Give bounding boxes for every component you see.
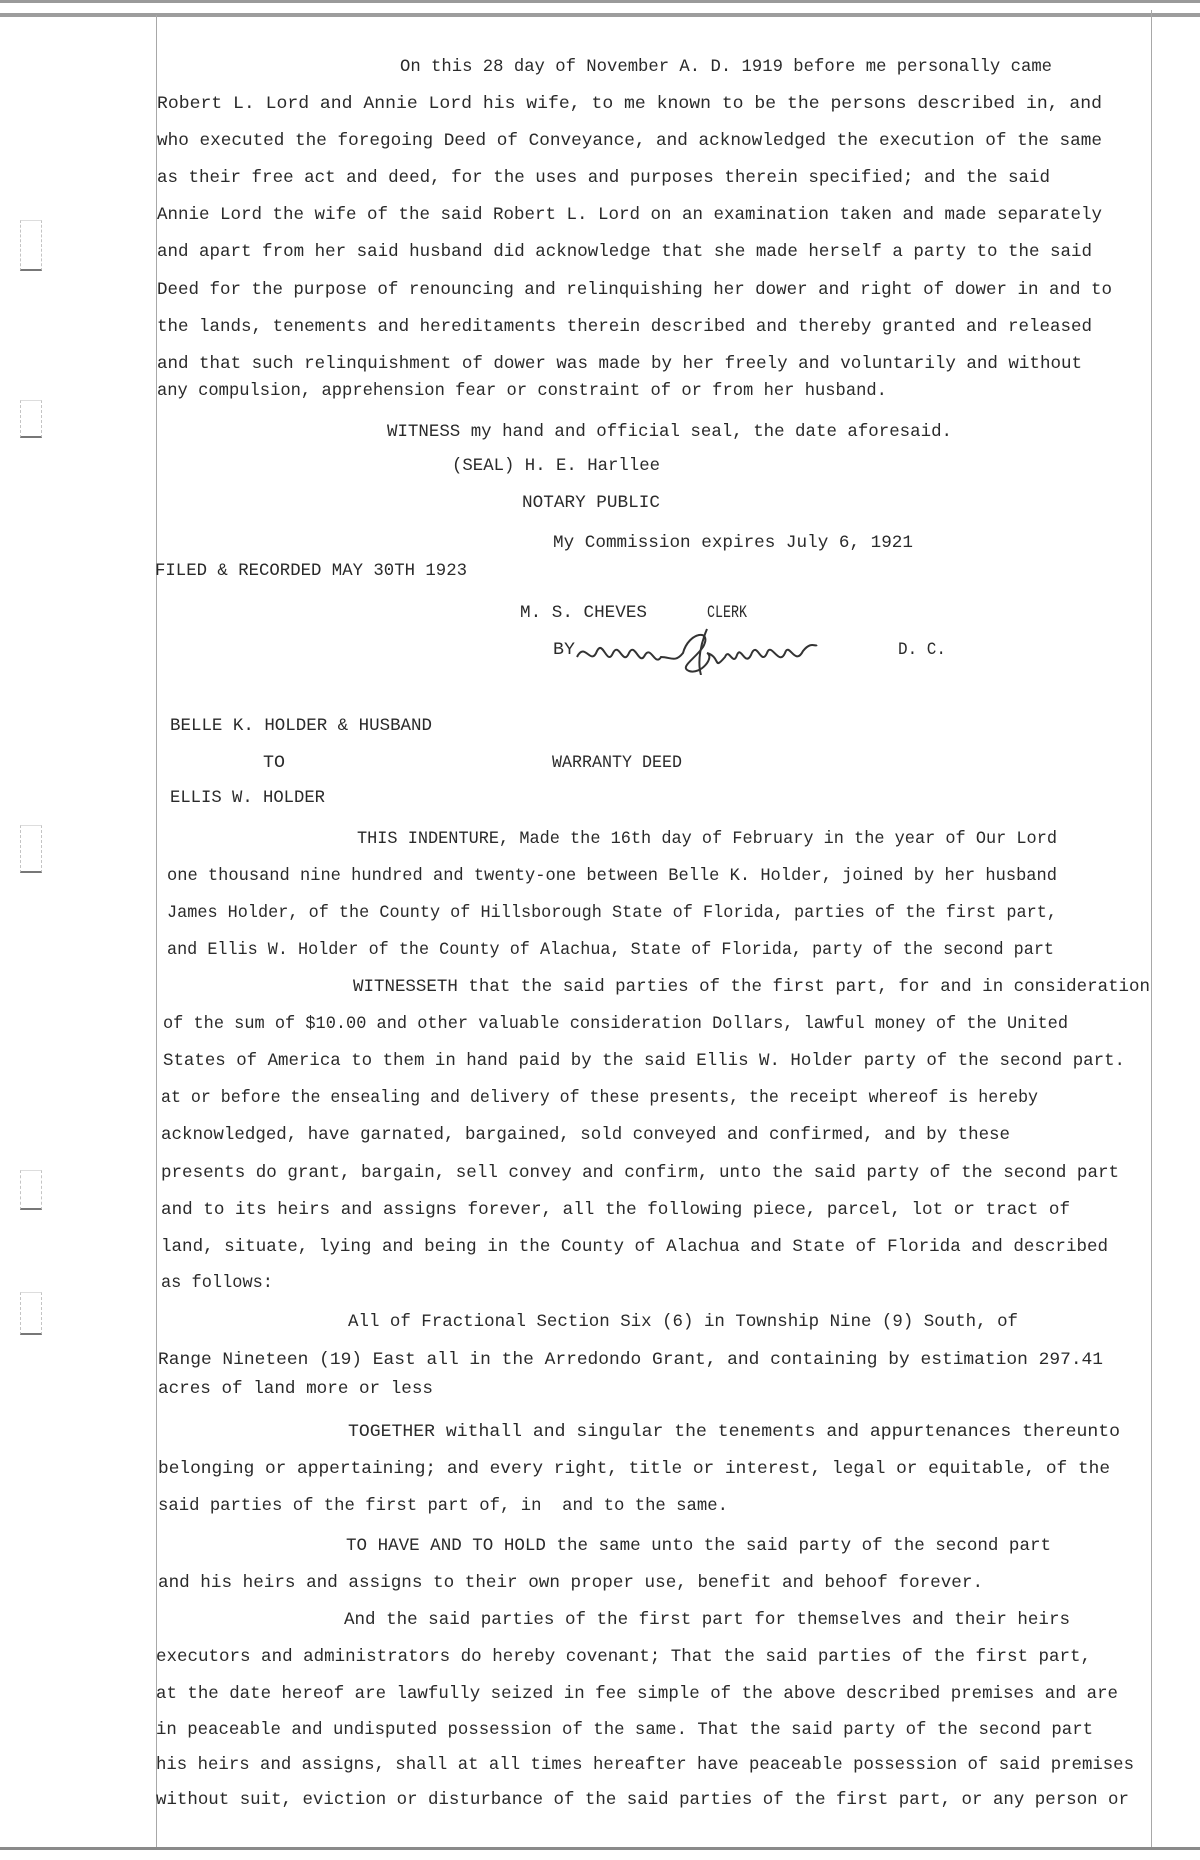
top-border-line: [0, 0, 1200, 3]
text-line-l26: of the sum of $10.00 and other valuable …: [163, 1014, 1068, 1034]
signature-icon: [575, 627, 820, 675]
margin-bracket-mark: [20, 825, 42, 873]
text-line-l2: Robert L. Lord and Annie Lord his wife, …: [157, 94, 1102, 114]
text-line-l25: WITNESSETH that the said parties of the …: [353, 977, 1150, 997]
text-line-l19b: WARRANTY DEED: [552, 753, 682, 773]
text-line-l9: and that such relinquishment of dower wa…: [157, 354, 1082, 374]
margin-bracket-mark: [20, 220, 42, 271]
text-line-l36: acres of land more or less: [158, 1379, 433, 1399]
text-line-l16: M. S. CHEVES: [520, 603, 647, 623]
text-line-l31: and to its heirs and assigns forever, al…: [161, 1200, 1070, 1220]
margin-bracket-mark: [20, 1170, 42, 1210]
text-line-l29: acknowledged, have garnated, bargained, …: [161, 1125, 1010, 1145]
text-line-l27: States of America to them in hand paid b…: [163, 1051, 1125, 1071]
top-border-line-inner: [0, 13, 1200, 17]
text-line-l40: TO HAVE AND TO HOLD the same unto the sa…: [346, 1536, 1051, 1556]
text-line-l20: ELLIS W. HOLDER: [170, 788, 325, 808]
bottom-border-line: [0, 1847, 1200, 1850]
text-line-l47: without suit, eviction or disturbance of…: [156, 1790, 1129, 1810]
text-line-l6: and apart from her said husband did ackn…: [157, 242, 1092, 262]
text-line-l37: TOGETHER withall and singular the teneme…: [348, 1422, 1120, 1442]
text-line-l35: Range Nineteen (19) East all in the Arre…: [158, 1350, 1103, 1370]
text-line-l46: his heirs and assigns, shall at all time…: [156, 1755, 1134, 1775]
text-line-l17: BY: [553, 640, 575, 660]
text-line-l5: Annie Lord the wife of the said Robert L…: [157, 205, 1102, 225]
text-line-l15: FILED & RECORDED MAY 30TH 1923: [155, 561, 467, 581]
text-line-l41: and his heirs and assigns to their own p…: [158, 1573, 983, 1593]
text-line-l7: Deed for the purpose of renouncing and r…: [157, 280, 1112, 300]
text-line-l11: WITNESS my hand and official seal, the d…: [387, 422, 952, 442]
text-line-l22: one thousand nine hundred and twenty-one…: [167, 866, 1057, 886]
text-line-l32: land, situate, lying and being in the Co…: [161, 1237, 1108, 1257]
text-line-l28: at or before the ensealing and delivery …: [161, 1088, 1038, 1108]
text-line-l10: any compulsion, apprehension fear or con…: [157, 381, 887, 401]
text-line-l12: (SEAL) H. E. Harllee: [452, 456, 660, 476]
text-line-l18: BELLE K. HOLDER & HUSBAND: [170, 716, 432, 736]
text-line-l14: My Commission expires July 6, 1921: [553, 533, 913, 553]
text-line-l17b: D. C.: [898, 640, 946, 660]
text-line-l3: who executed the foregoing Deed of Conve…: [157, 131, 1102, 151]
right-margin-rule: [1151, 10, 1152, 1848]
text-line-l24: and Ellis W. Holder of the County of Ala…: [167, 940, 1054, 960]
text-line-l43: executors and administrators do hereby c…: [156, 1647, 1091, 1667]
text-line-l23: James Holder, of the County of Hillsboro…: [167, 903, 1057, 923]
text-line-l42: And the said parties of the first part f…: [344, 1610, 1070, 1630]
text-line-l21: THIS INDENTURE, Made the 16th day of Feb…: [357, 829, 1057, 849]
text-line-l16b: CLERK: [707, 603, 747, 623]
text-line-l4: as their free act and deed, for the uses…: [157, 168, 1050, 188]
text-line-l13: NOTARY PUBLIC: [522, 493, 660, 513]
margin-bracket-mark: [20, 1292, 42, 1335]
text-line-l30: presents do grant, bargain, sell convey …: [161, 1163, 1119, 1183]
text-line-l34: All of Fractional Section Six (6) in Tow…: [348, 1312, 1018, 1332]
text-line-l19: TO: [263, 753, 285, 773]
text-line-l33: as follows:: [161, 1273, 273, 1293]
text-line-l44: at the date hereof are lawfully seized i…: [156, 1684, 1118, 1704]
text-line-l1: On this 28 day of November A. D. 1919 be…: [400, 57, 1052, 77]
text-line-l8: the lands, tenements and hereditaments t…: [157, 317, 1092, 337]
text-line-l38: belonging or appertaining; and every rig…: [158, 1459, 1110, 1479]
text-line-l45: in peaceable and undisputed possession o…: [156, 1720, 1093, 1740]
text-line-l39: said parties of the first part of, in an…: [158, 1496, 728, 1516]
margin-bracket-mark: [20, 400, 42, 438]
